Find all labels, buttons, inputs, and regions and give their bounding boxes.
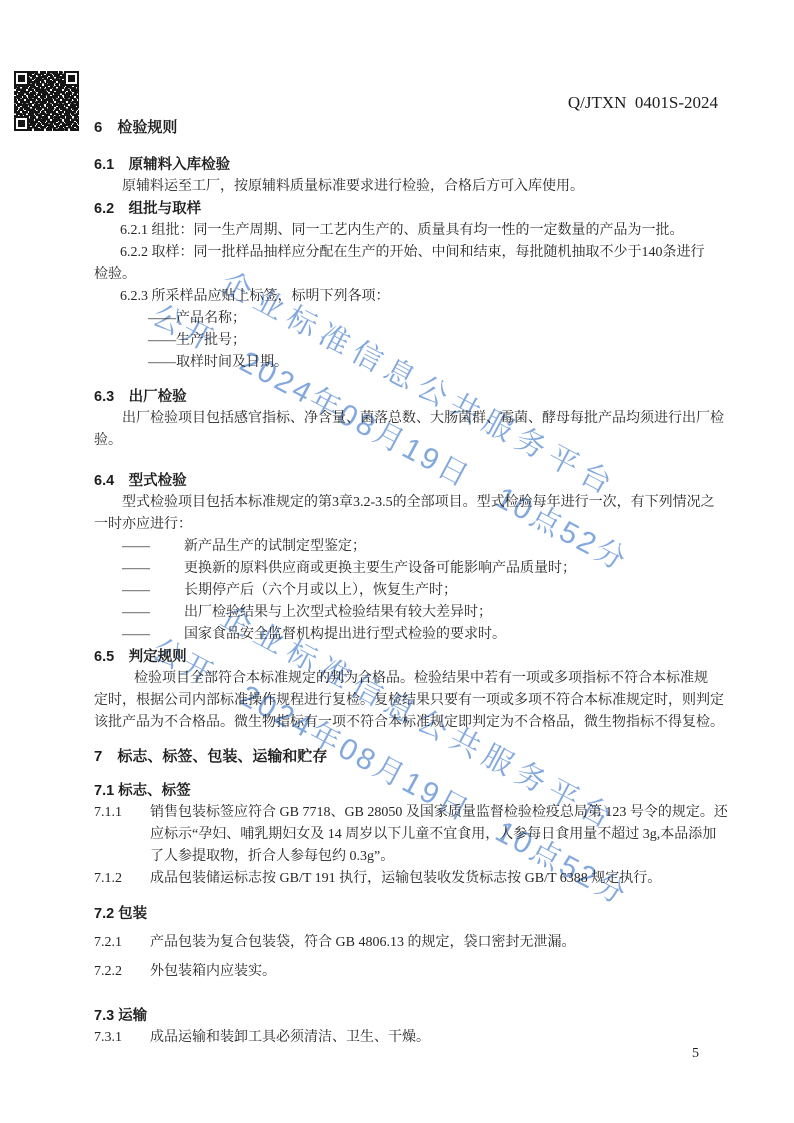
clause-number: 7.2.1 bbox=[94, 932, 150, 954]
dash-glyph: —— bbox=[94, 580, 184, 602]
clause-7-1-1-cont-2: 了人参提取物，折合人参每包约 0.3g”。 bbox=[94, 846, 754, 868]
para-6-1: 原辅料运至工厂，按原辅料质量标准要求进行检验，合格后方可入库使用。 bbox=[94, 176, 754, 198]
dash-item-batch-number: ——生产批号； bbox=[94, 330, 754, 352]
section-7-1-heading: 7.1 标志、标签 bbox=[94, 780, 754, 802]
dash-item-type-inspection-1: —— 新产品生产的试制定型鉴定； bbox=[94, 536, 754, 558]
clause-7-1-2: 7.1.2 成品包装储运标志按 GB/T 191 执行，运输包装收发货标志按 G… bbox=[94, 868, 754, 890]
dash-item-text: 出厂检验结果与上次型式检验结果有较大差异时； bbox=[184, 602, 492, 624]
qr-code bbox=[13, 70, 80, 132]
clause-7-1-1-cont-1: 应标示“孕妇、哺乳期妇女及 14 周岁以下儿童不宜食用，人参每日食用量不超过 3… bbox=[94, 824, 754, 846]
para-6-5-cont-1: 定时，根据公司内部标准操作规程进行复检。复检结果只要有一项或多项不符合本标准规定… bbox=[94, 690, 754, 712]
para-6-3: 出厂检验项目包括感官指标、净含量、菌落总数、大肠菌群、霉菌、酵母每批产品均须进行… bbox=[94, 408, 754, 430]
para-6-3-cont: 验。 bbox=[94, 430, 754, 452]
section-6-5-heading: 6.5 判定规则 bbox=[94, 646, 754, 668]
para-6-5-cont-2: 该批产品为不合格品。微生物指标有一项不符合本标准规定即判定为不合格品，微生物指标… bbox=[94, 712, 754, 734]
dash-item-type-inspection-3: —— 长期停产后（六个月或以上），恢复生产时； bbox=[94, 580, 754, 602]
dash-item-type-inspection-5: —— 国家食品安全监督机构提出进行型式检验的要求时。 bbox=[94, 624, 754, 646]
dash-glyph: —— bbox=[94, 536, 184, 558]
clause-number: 7.2.2 bbox=[94, 961, 150, 983]
qr-finder-top-right bbox=[64, 71, 79, 86]
clause-7-1-1: 7.1.1 销售包装标签应符合 GB 7718、GB 28050 及国家质量监督… bbox=[94, 802, 754, 824]
chapter-6-heading: 6 检验规则 bbox=[94, 117, 754, 139]
para-6-5: 检验项目全部符合本标准规定的判为合格品。检验结果中若有一项或多项指标不符合本标准… bbox=[94, 668, 754, 690]
dash-item-text: 长期停产后（六个月或以上），恢复生产时； bbox=[184, 580, 457, 602]
dash-item-sampling-date: ——取样时间及日期。 bbox=[94, 352, 754, 374]
dash-item-text: 更换新的原料供应商或更换主要生产设备可能影响产品质量时； bbox=[184, 558, 576, 580]
clause-text: 成品包装储运标志按 GB/T 191 执行，运输包装收发货标志按 GB/T 63… bbox=[150, 868, 661, 890]
clause-text: 产品包装为复合包装袋，符合 GB 4806.13 的规定，袋口密封无泄漏。 bbox=[150, 932, 575, 954]
dash-glyph: —— bbox=[94, 602, 184, 624]
clause-6-2-1: 6.2.1 组批：同一生产周期、同一工艺内生产的、质量具有均一性的一定数量的产品… bbox=[94, 220, 754, 242]
clause-7-3-1: 7.3.1 成品运输和装卸工具必须清洁、卫生、干燥。 bbox=[94, 1027, 754, 1049]
para-6-4-cont: 一时亦应进行： bbox=[94, 514, 754, 536]
dash-glyph: —— bbox=[94, 558, 184, 580]
section-6-4-heading: 6.4 型式检验 bbox=[94, 470, 754, 492]
dash-item-product-name: ——产品名称； bbox=[94, 308, 754, 330]
dash-item-type-inspection-2: —— 更换新的原料供应商或更换主要生产设备可能影响产品质量时； bbox=[94, 558, 754, 580]
clause-number: 7.3.1 bbox=[94, 1027, 150, 1049]
clause-7-2-1: 7.2.1 产品包装为复合包装袋，符合 GB 4806.13 的规定，袋口密封无… bbox=[94, 932, 754, 954]
dash-item-text: 新产品生产的试制定型鉴定； bbox=[184, 536, 366, 558]
doc-number: Q/JTXN 0401S-2024 bbox=[568, 93, 718, 113]
qr-finder-top-left bbox=[14, 71, 29, 86]
dash-glyph: —— bbox=[94, 624, 184, 646]
qr-finder-bottom-left bbox=[14, 116, 29, 131]
clause-6-2-2: 6.2.2 取样：同一批样品抽样应分配在生产的开始、中间和结束，每批随机抽取不少… bbox=[94, 242, 754, 264]
clause-text: 成品运输和装卸工具必须清洁、卫生、干燥。 bbox=[150, 1027, 430, 1049]
dash-item-type-inspection-4: —— 出厂检验结果与上次型式检验结果有较大差异时； bbox=[94, 602, 754, 624]
clause-6-2-2-cont: 检验。 bbox=[94, 264, 754, 286]
clause-text: 销售包装标签应符合 GB 7718、GB 28050 及国家质量监督检验检疫总局… bbox=[150, 802, 728, 824]
clause-text: 外包装箱内应装实。 bbox=[150, 961, 276, 983]
section-7-3-heading: 7.3 运输 bbox=[94, 1005, 754, 1027]
clause-number: 7.1.1 bbox=[94, 802, 150, 824]
clause-number: 7.1.2 bbox=[94, 868, 150, 890]
section-6-3-heading: 6.3 出厂检验 bbox=[94, 386, 754, 408]
chapter-7-heading: 7 标志、标签、包装、运输和贮存 bbox=[94, 746, 754, 768]
page-number: 5 bbox=[692, 1046, 699, 1062]
section-6-1-heading: 6.1 原辅料入库检验 bbox=[94, 154, 754, 176]
section-6-2-heading: 6.2 组批与取样 bbox=[94, 198, 754, 220]
section-7-2-heading: 7.2 包装 bbox=[94, 903, 754, 925]
para-6-4: 型式检验项目包括本标准规定的第3章3.2-3.5的全部项目。型式检验每年进行一次… bbox=[94, 492, 754, 514]
clause-7-2-2: 7.2.2 外包装箱内应装实。 bbox=[94, 961, 754, 983]
document-body: 6 检验规则 6.1 原辅料入库检验 原辅料运至工厂，按原辅料质量标准要求进行检… bbox=[94, 117, 754, 1049]
dash-item-text: 国家食品安全监督机构提出进行型式检验的要求时。 bbox=[184, 624, 506, 646]
clause-6-2-3: 6.2.3 所采样品应贴上标签，标明下列各项： bbox=[94, 286, 754, 308]
